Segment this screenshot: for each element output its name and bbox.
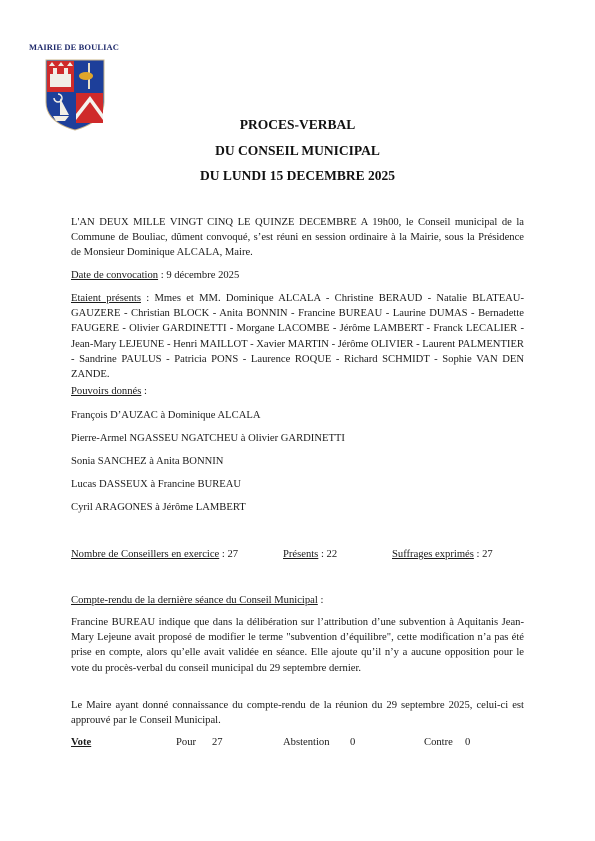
convocation-label: Date de convocation xyxy=(71,270,158,281)
approval-paragraph: Le Maire ayant donné connaissance du com… xyxy=(71,698,524,728)
pouvoirs-label: Pouvoirs donnés xyxy=(71,386,141,397)
pouvoirs-heading: Pouvoirs donnés : xyxy=(71,386,147,397)
vote-pour-value: 27 xyxy=(212,737,223,748)
presents-list: : Mmes et MM. Dominique ALCALA - Christi… xyxy=(71,293,524,380)
vote-contre-value: 0 xyxy=(465,737,470,748)
pouvoir-item: Sonia SANCHEZ à Anita BONNIN xyxy=(71,456,223,467)
document-subtitle: DU CONSEIL MUNICIPAL xyxy=(0,143,595,159)
vote-abstention-value: 0 xyxy=(350,737,355,748)
vote-abstention-label: Abstention xyxy=(283,737,330,748)
document-date-title: DU LUNDI 15 DECEMBRE 2025 xyxy=(0,168,595,184)
vote-label: Vote xyxy=(71,737,91,748)
vote-pour-label: Pour xyxy=(176,737,196,748)
compte-rendu-heading: Compte-rendu de la dernière séance du Co… xyxy=(71,595,323,606)
pouvoir-item: François D’AUZAC à Dominique ALCALA xyxy=(71,410,261,421)
stat-exercice: Nombre de Conseillers en exercice : 27 xyxy=(71,549,238,560)
presents-paragraph: Etaient présents : Mmes et MM. Dominique… xyxy=(71,291,524,382)
convocation-line: Date de convocation : 9 décembre 2025 xyxy=(71,268,524,283)
document-title: PROCES-VERBAL xyxy=(0,117,595,133)
presents-label: Etaient présents xyxy=(71,293,141,304)
pouvoir-item: Cyril ARAGONES à Jérôme LAMBERT xyxy=(71,502,246,513)
compte-rendu-paragraph: Francine BUREAU indique que dans la déli… xyxy=(71,615,524,676)
convocation-value: : 9 décembre 2025 xyxy=(158,270,239,281)
pouvoir-item: Lucas DASSEUX à Francine BUREAU xyxy=(71,479,241,490)
stat-suffrages: Suffrages exprimés : 27 xyxy=(392,549,493,560)
pouvoir-item: Pierre-Armel NGASSEU NGATCHEU à Olivier … xyxy=(71,433,345,444)
stat-presents: Présents : 22 xyxy=(283,549,337,560)
organisation-name: MAIRIE DE BOULIAC xyxy=(29,42,119,52)
intro-paragraph: L'AN DEUX MILLE VINGT CINQ LE QUINZE DEC… xyxy=(71,215,524,261)
vote-contre-label: Contre xyxy=(424,737,453,748)
